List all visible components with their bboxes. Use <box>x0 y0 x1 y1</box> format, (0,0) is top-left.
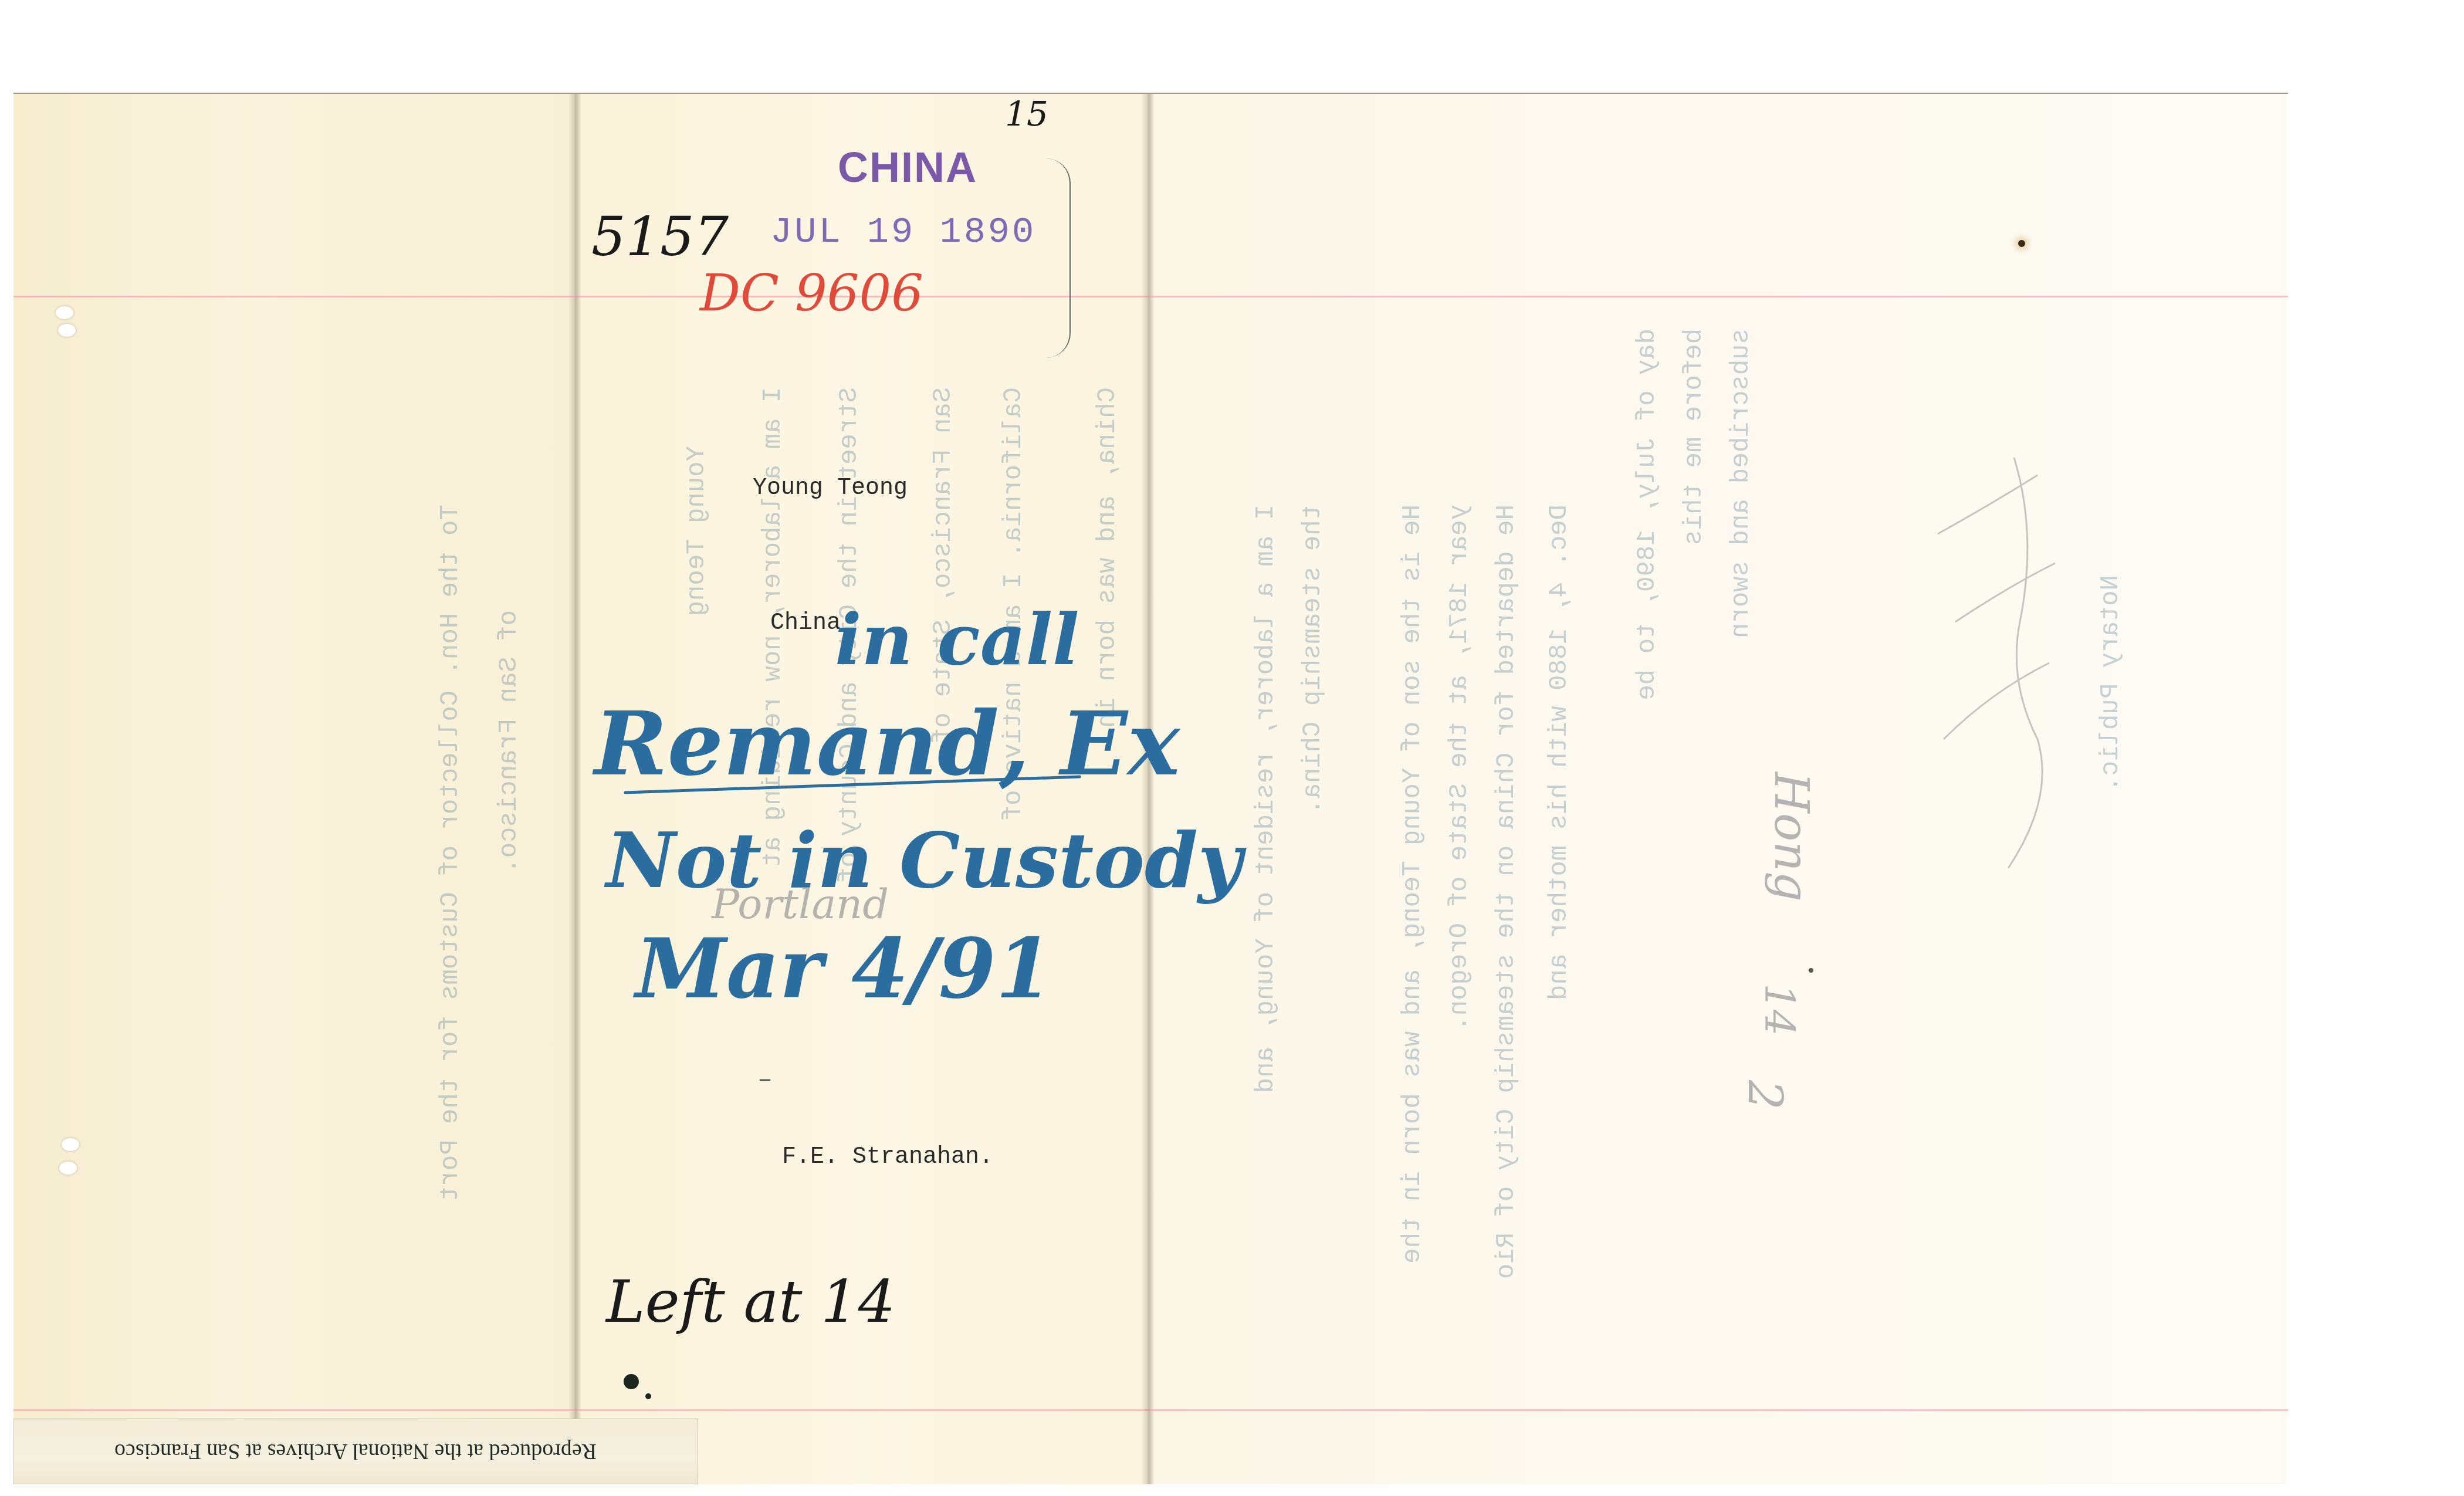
typed-country: China <box>770 610 841 637</box>
fold-line-left <box>568 94 581 1484</box>
bleed-text-mid-6: China, and was born in <box>1093 387 1122 728</box>
archive-label: Reproduced at the National Archives at S… <box>13 1419 698 1484</box>
bleed-text-right-3: He is the son of Young Teong, and was bo… <box>1398 505 1427 1264</box>
pencil-note-number: 14 <box>1755 983 1803 1035</box>
panel-left <box>13 94 575 1484</box>
bleed-text-right-5: He departed for China on the steamship C… <box>1492 505 1521 1279</box>
handwritten-case-number: DC 9606 <box>700 264 923 323</box>
handwritten-page-number: 15 <box>1005 94 1048 134</box>
pencil-note-name: Hong <box>1764 772 1819 902</box>
pencil-scrawl <box>1920 387 2155 974</box>
bleed-text-left-1: To the Hon. Collector of Customs for the… <box>436 505 465 1201</box>
pencil-note-digit: 2 <box>1738 1080 1792 1110</box>
blue-note-remand: Remand, Ex <box>594 692 1180 796</box>
bleed-text-right-9: subscribed and sworn <box>1727 329 1756 638</box>
bleed-text-right-4: year 1871, at the State of Oregon. <box>1445 505 1474 1031</box>
bleed-text-right-6: Dec. 4, 1880 with his mother and <box>1545 505 1574 1000</box>
bleed-text-right-1: I am a laborer, resident of Young, and <box>1251 505 1281 1093</box>
blue-note-in-call: in call <box>835 598 1079 681</box>
ink-blot <box>645 1393 651 1399</box>
blue-note-date: Mar 4/91 <box>635 921 1053 1017</box>
ruled-line-top <box>13 296 2288 297</box>
punch-hole <box>56 306 73 319</box>
typed-signatory: F.E. Stranahan. <box>782 1144 993 1170</box>
date-stamp: JUL 19 1890 <box>770 211 1036 253</box>
archive-label-text: Reproduced at the National Archives at S… <box>114 1439 597 1464</box>
bleed-text-mid-4: San Francisco, State of <box>929 387 958 743</box>
ink-spot <box>1809 968 1813 973</box>
punch-hole <box>59 1162 77 1175</box>
ruled-line-bottom <box>13 1409 2288 1411</box>
punch-hole <box>62 1138 79 1151</box>
punch-hole <box>58 324 76 337</box>
ink-blot <box>624 1374 639 1389</box>
document-paper: To the Hon. Collector of Customs for the… <box>13 93 2288 1484</box>
bleed-text-mid-1: Young Teong <box>682 446 712 616</box>
typed-name: Young Teong <box>753 475 908 502</box>
bracket-mark <box>1046 158 1071 358</box>
typed-dash: — <box>760 1071 770 1091</box>
blue-note-not-in-custody: Not in Custody <box>606 815 1242 905</box>
ink-spot <box>2018 240 2025 247</box>
bleed-text-right-8: before me this <box>1680 329 1709 546</box>
handwritten-left-at: Left at 14 <box>606 1267 895 1336</box>
bleed-text-left-2: of San Francisco. <box>495 610 524 874</box>
bleed-text-right-7: day of July, 1890, to be <box>1633 329 1662 700</box>
country-stamp: CHINA <box>838 144 977 192</box>
bleed-text-right-2: the steamship China. <box>1298 505 1328 814</box>
handwritten-file-number: 5157 <box>591 205 729 268</box>
